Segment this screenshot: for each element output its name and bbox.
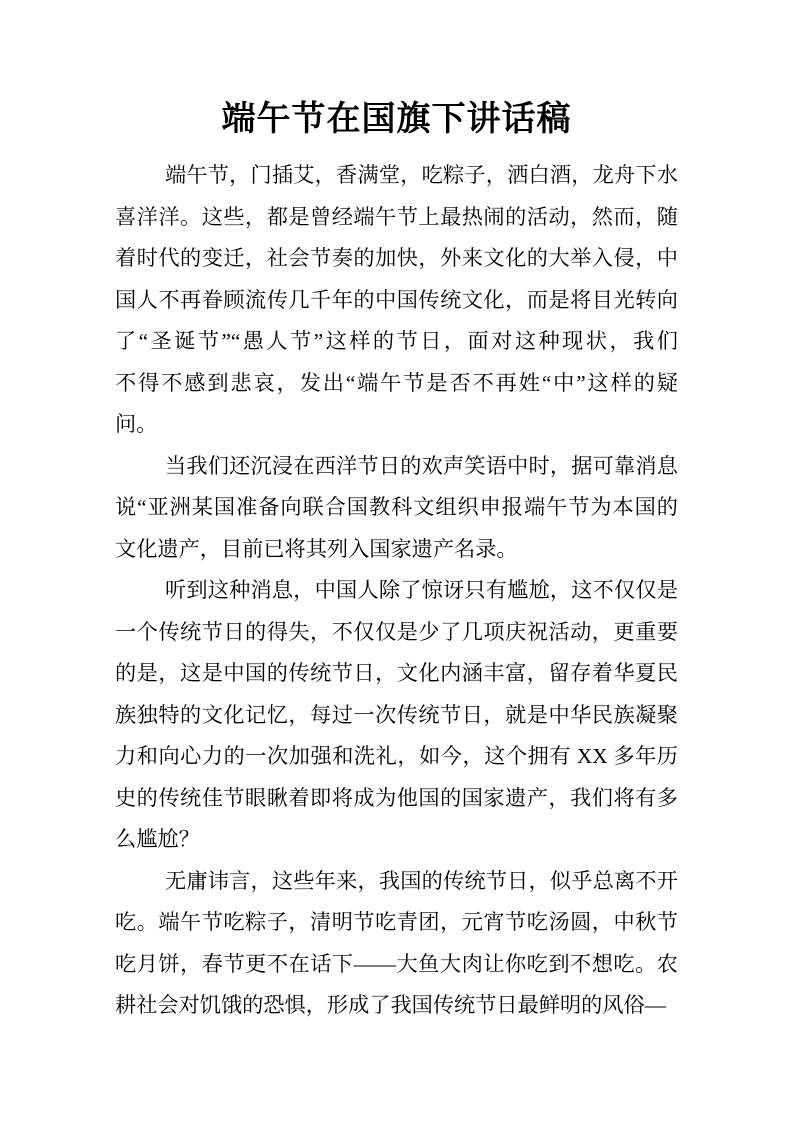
text-line-p3-l7: 么尴尬？	[115, 819, 678, 861]
text-line-p1-l5: 了“圣诞节”“愚人节”这样的节日，面对这种现状，我们	[115, 321, 678, 363]
text-line-p3-l5: 力和向心力的一次加强和洗礼，如今，这个拥有 XX 多年历	[115, 736, 678, 778]
text-line-p3-l1: 听到这种消息，中国人除了惊讶只有尴尬，这不仅仅是	[115, 570, 678, 612]
text-line-p3-l4: 族独特的文化记忆，每过一次传统节日，就是中华民族凝聚	[115, 695, 678, 737]
text-line-p4-l4: 耕社会对饥饿的恐惧，形成了我国传统节日最鲜明的风俗—	[115, 985, 678, 1027]
text-line-p3-l2: 一个传统节日的得失，不仅仅是少了几项庆祝活动，更重要	[115, 612, 678, 654]
text-line-p1-l2: 喜洋洋。这些，都是曾经端午节上最热闹的活动，然而，随	[115, 197, 678, 239]
document-page: 端午节在国旗下讲话稿 端午节，门插艾，香满堂，吃粽子，洒白酒，龙舟下水喜洋洋。这…	[0, 0, 793, 1122]
document-title: 端午节在国旗下讲话稿	[115, 99, 678, 139]
text-line-p4-l3: 吃月饼，春节更不在话下——大鱼大肉让你吃到不想吃。农	[115, 944, 678, 986]
text-line-p1-l7: 问。	[115, 404, 678, 446]
text-line-p4-l2: 吃。端午节吃粽子，清明节吃青团，元宵节吃汤圆，中秋节	[115, 902, 678, 944]
text-line-p1-l4: 国人不再眷顾流传几千年的中国传统文化，而是将目光转向	[115, 280, 678, 322]
text-line-p4-l1: 无庸讳言，这些年来，我国的传统节日，似乎总离不开	[115, 861, 678, 903]
text-line-p2-l3: 文化遗产，目前已将其列入国家遗产名录。	[115, 529, 678, 571]
document-body: 端午节，门插艾，香满堂，吃粽子，洒白酒，龙舟下水喜洋洋。这些，都是曾经端午节上最…	[115, 155, 678, 1027]
text-line-p1-l6: 不得不感到悲哀，发出“端午节是否不再姓“中”这样的疑	[115, 363, 678, 405]
text-line-p2-l2: 说“亚洲某国准备向联合国教科文组织申报端午节为本国的	[115, 487, 678, 529]
text-line-p1-l1: 端午节，门插艾，香满堂，吃粽子，洒白酒，龙舟下水	[115, 155, 678, 197]
text-line-p3-l6: 史的传统佳节眼瞅着即将成为他国的国家遗产，我们将有多	[115, 778, 678, 820]
text-line-p3-l3: 的是，这是中国的传统节日，文化内涵丰富，留存着华夏民	[115, 653, 678, 695]
text-line-p2-l1: 当我们还沉浸在西洋节日的欢声笑语中时，据可靠消息	[115, 446, 678, 488]
text-line-p1-l3: 着时代的变迁，社会节奏的加快，外来文化的大举入侵，中	[115, 238, 678, 280]
